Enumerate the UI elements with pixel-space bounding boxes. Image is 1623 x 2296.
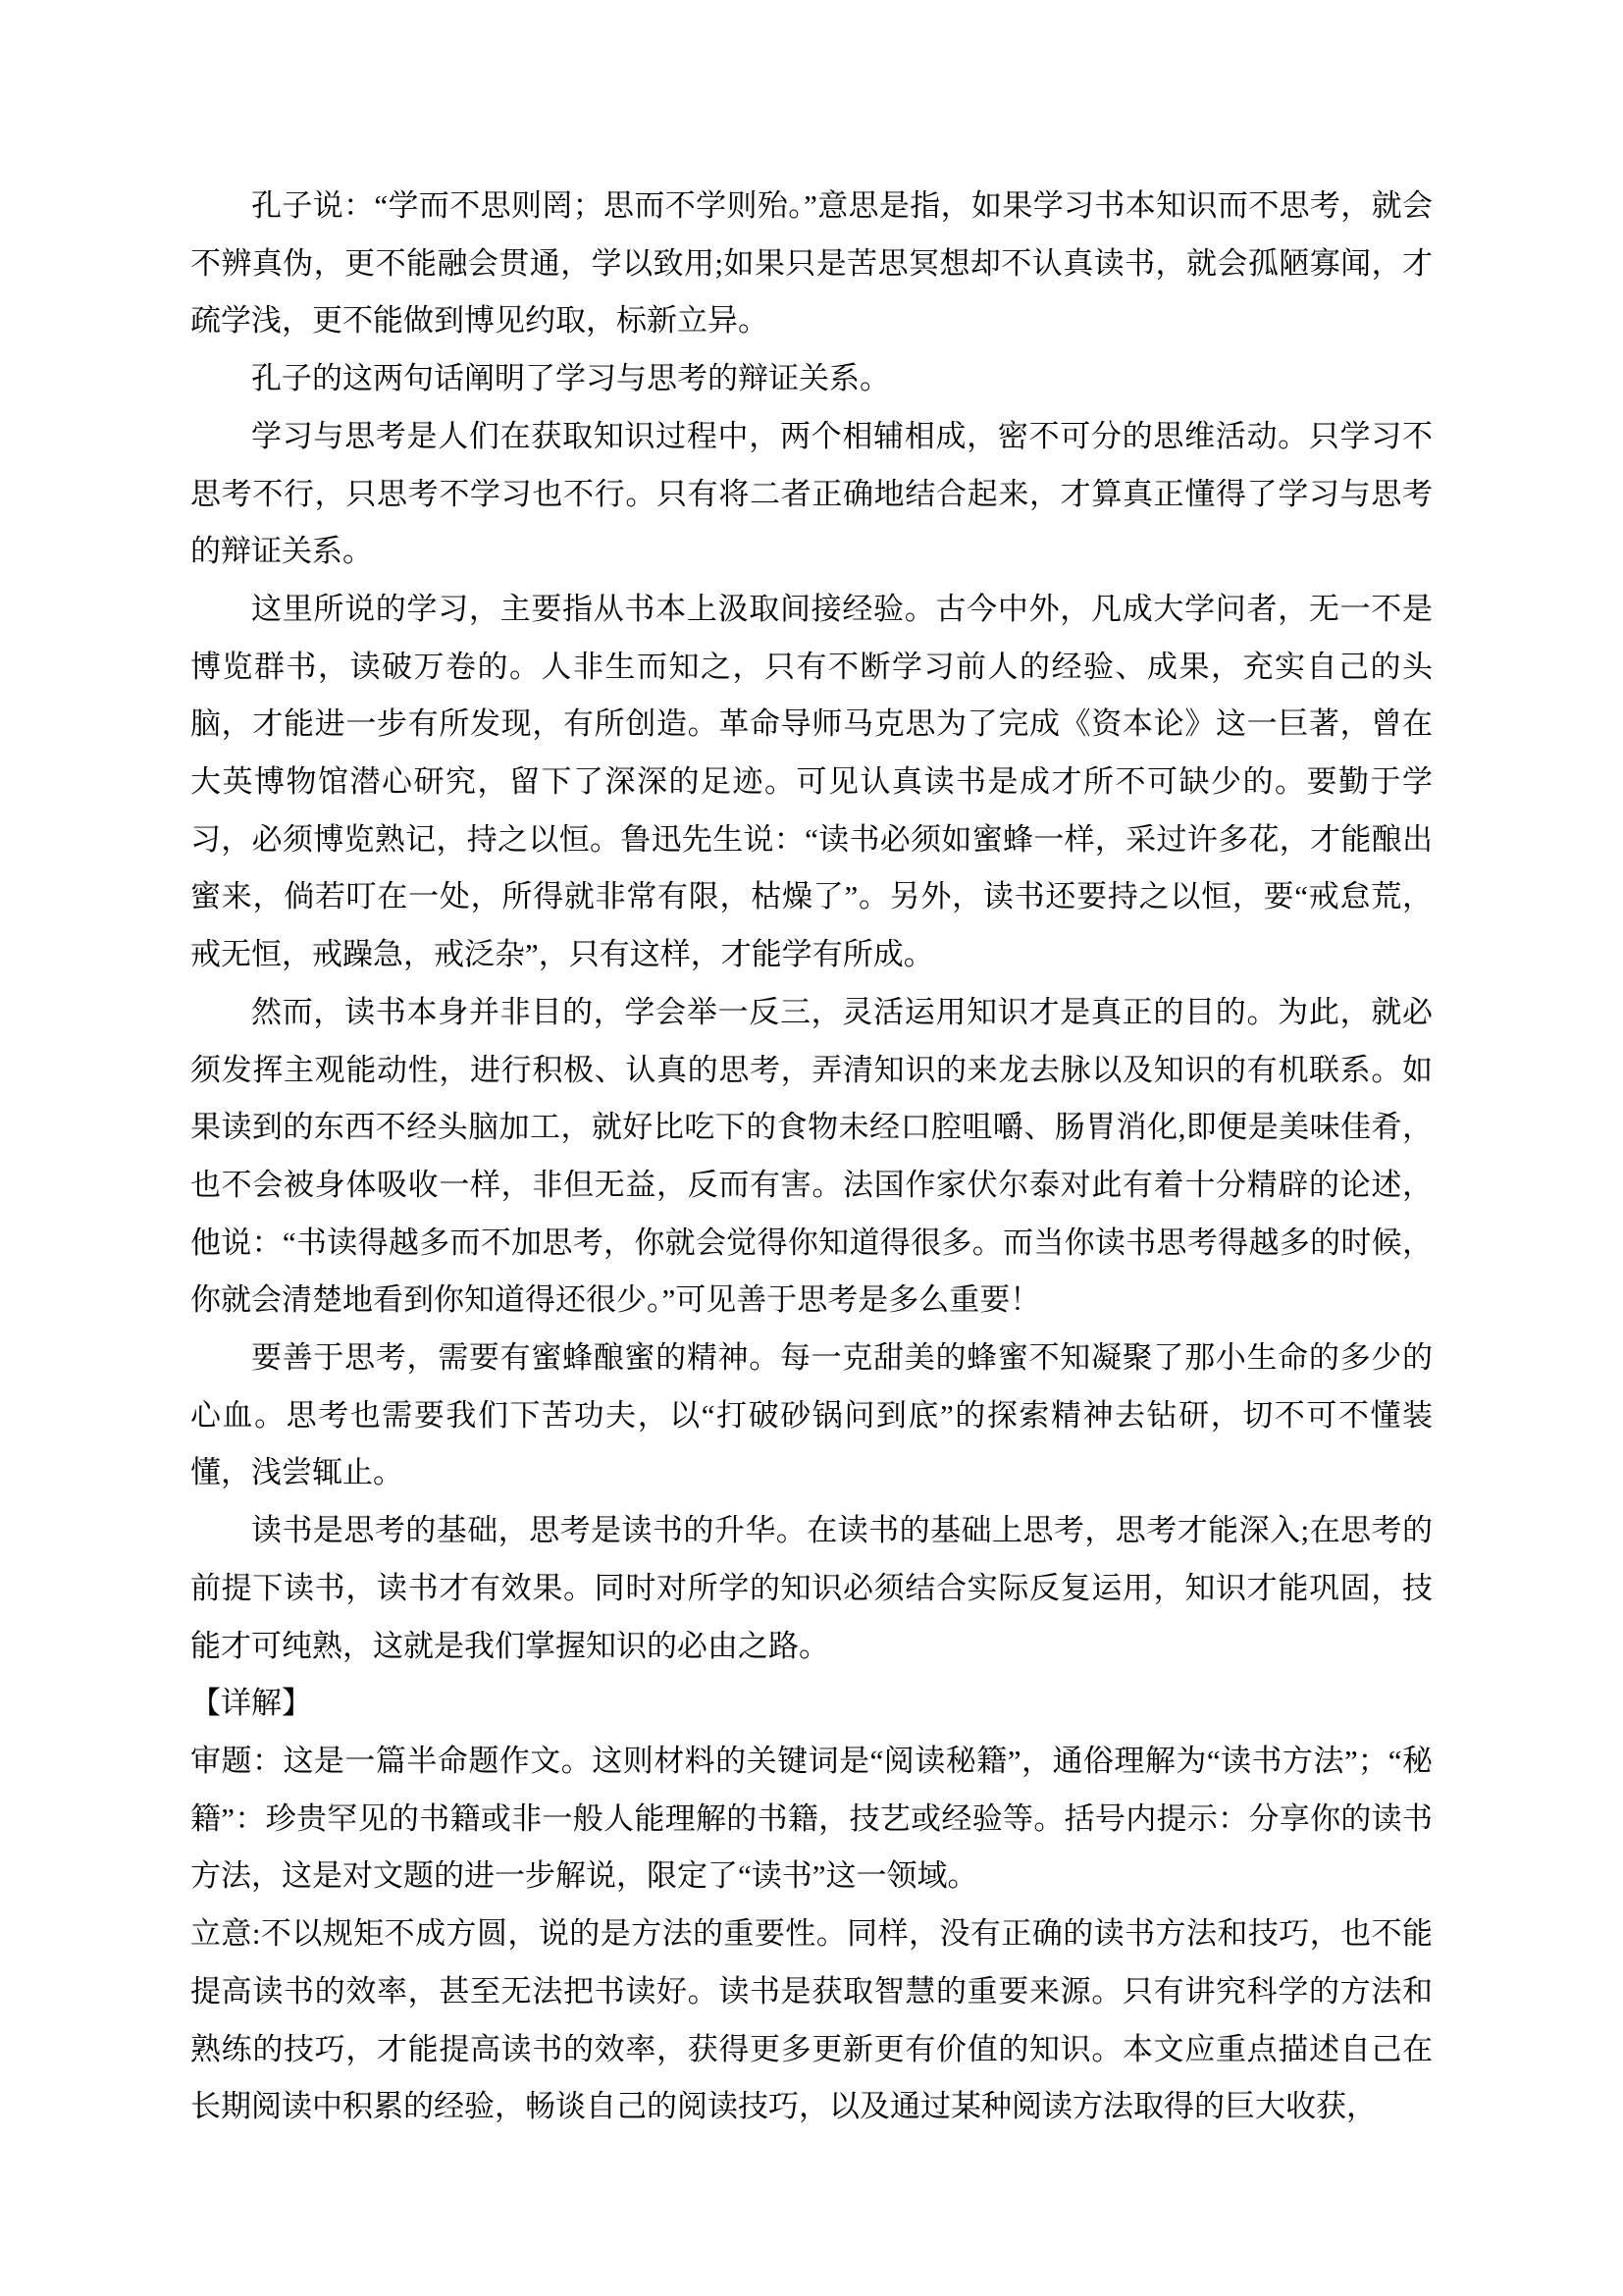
paragraph: 读书是思考的基础，思考是读书的升华。在读书的基础上思考，思考才能深入;在思考的前… xyxy=(190,1502,1433,1675)
paragraph: 然而，读书本身并非目的，学会举一反三，灵活运用知识才是真正的目的。为此，就必须发… xyxy=(190,984,1433,1330)
essay-body: 孔子说：“学而不思则罔；思而不学则殆。”意思是指，如果学习书本知识而不思考，就会… xyxy=(190,178,1433,2136)
paragraph: 审题：这是一篇半命题作文。这则材料的关键词是“阅读秘籍”，通俗理解为“读书方法”… xyxy=(190,1733,1433,1905)
paragraph: 立意:不以规矩不成方圆，说的是方法的重要性。同样，没有正确的读书方法和技巧，也不… xyxy=(190,1905,1433,2136)
document-page: 孔子说：“学而不思则罔；思而不学则殆。”意思是指，如果学习书本知识而不思考，就会… xyxy=(0,0,1623,2296)
paragraph: 孔子的这两句话阐明了学习与思考的辩证关系。 xyxy=(190,350,1433,408)
paragraph: 这里所说的学习，主要指从书本上汲取间接经验。古今中外，凡成大学问者，无一不是博览… xyxy=(190,581,1433,984)
paragraph: 学习与思考是人们在获取知识过程中，两个相辅相成，密不可分的思维活动。只学习不思考… xyxy=(190,408,1433,581)
paragraph: 【详解】 xyxy=(190,1675,1433,1733)
paragraph: 要善于思考，需要有蜜蜂酿蜜的精神。每一克甜美的蜂蜜不知凝聚了那小生命的多少的心血… xyxy=(190,1330,1433,1502)
paragraph: 孔子说：“学而不思则罔；思而不学则殆。”意思是指，如果学习书本知识而不思考，就会… xyxy=(190,178,1433,350)
